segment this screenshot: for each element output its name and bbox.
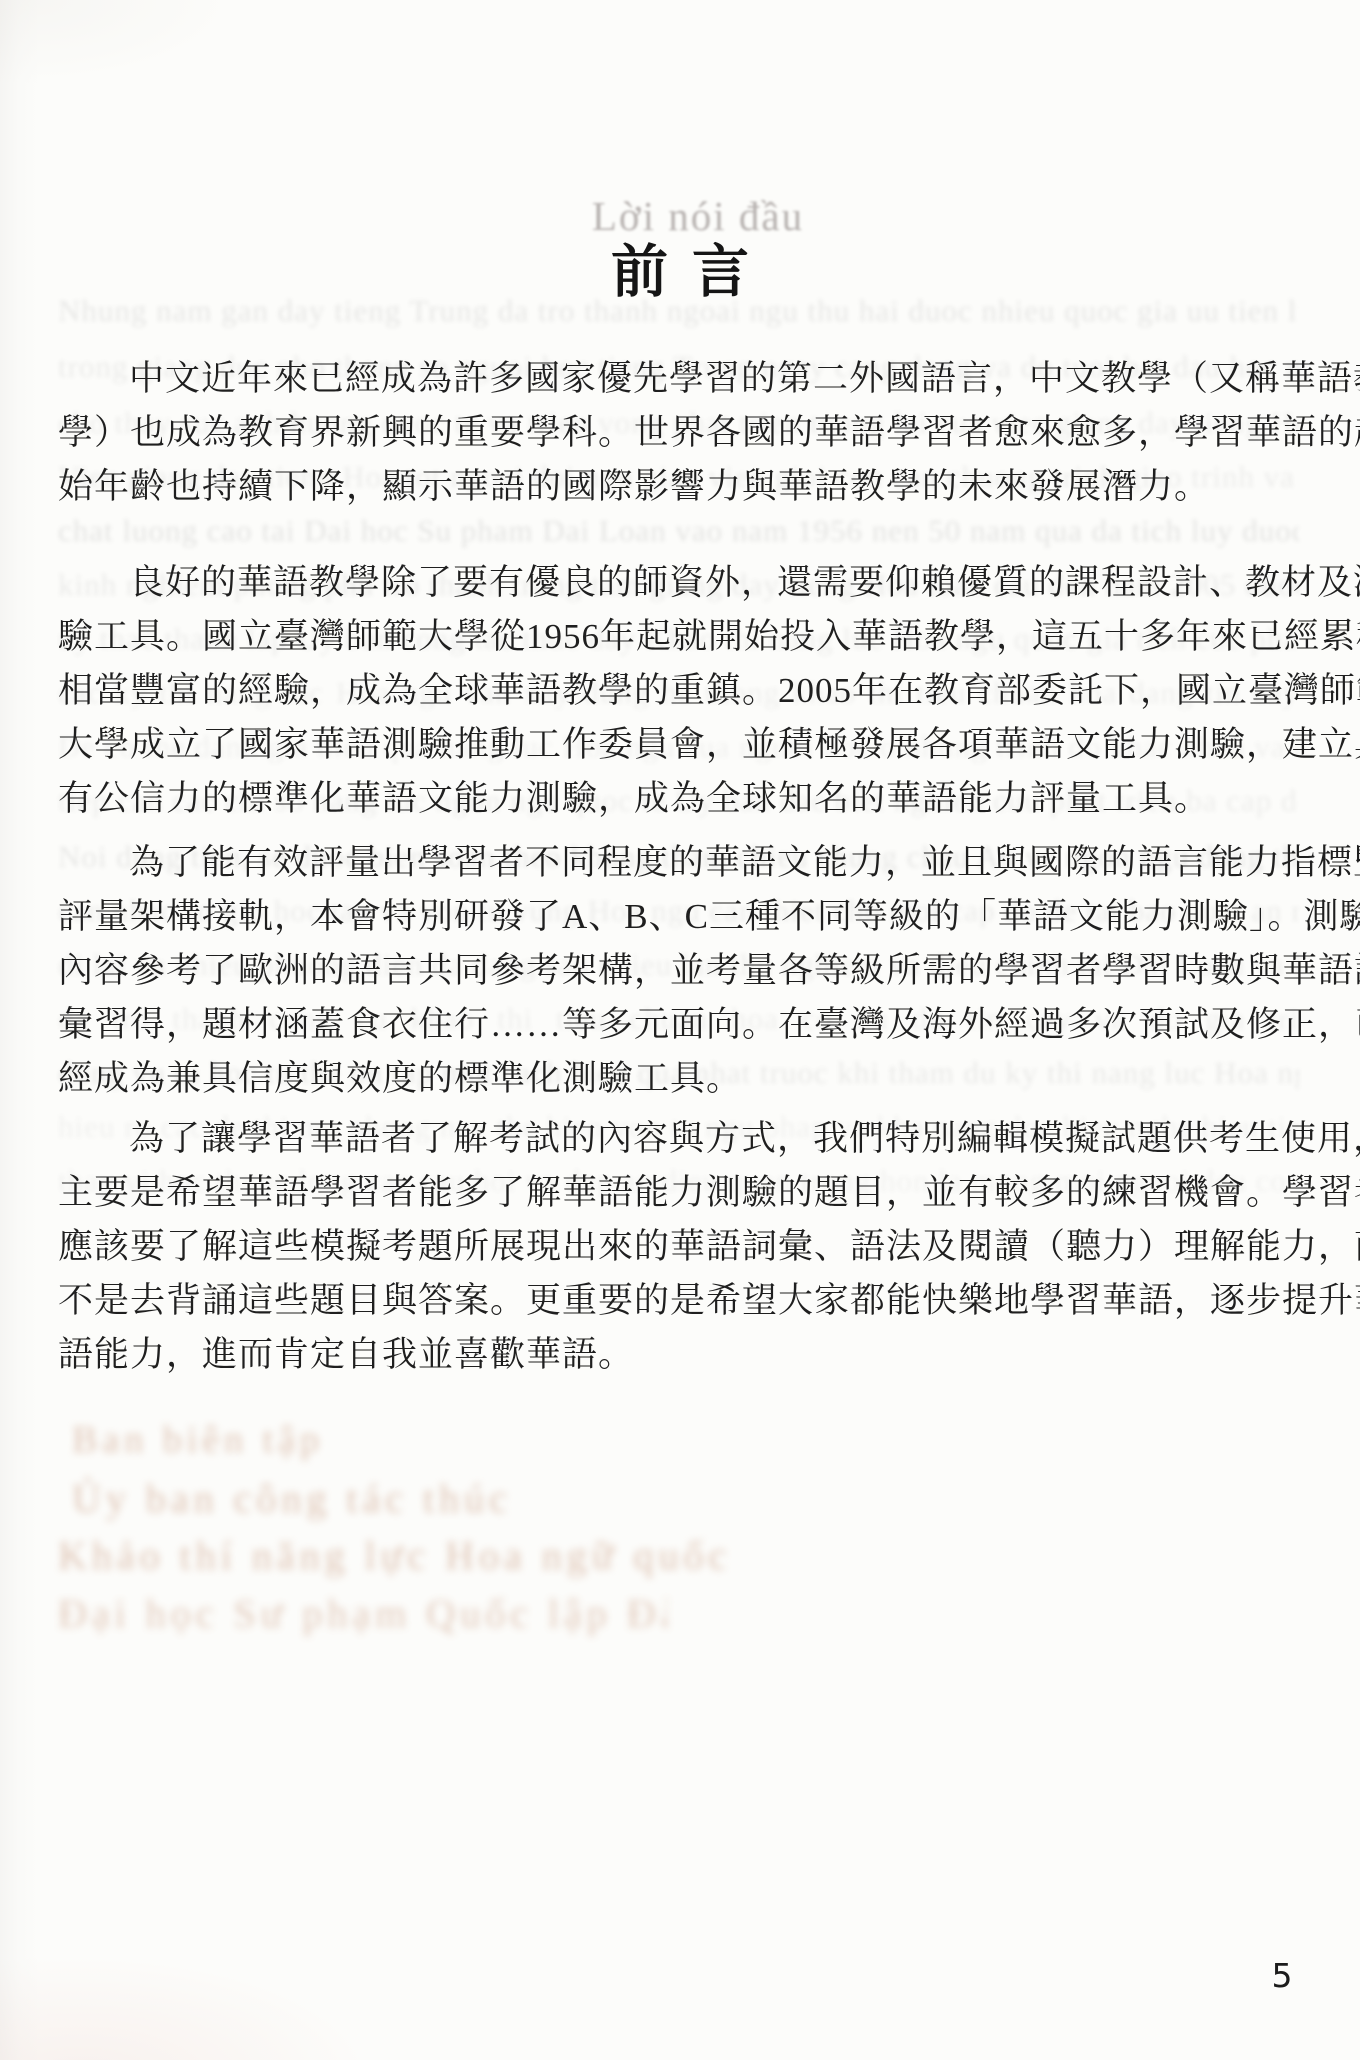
text-line: 良好的華語教學除了要有優良的師資外，還需要仰賴優質的課程設計、教材及測 (58, 556, 1299, 610)
text-line: 彙習得，題材涵蓋食衣住行……等多元面向。在臺灣及海外經過多次預試及修正，已 (58, 998, 1299, 1052)
text-line: 應該要了解這些模擬考題所展現出來的華語詞彙、語法及閱讀（聽力）理解能力，而 (58, 1220, 1299, 1274)
text-line: 有公信力的標準化華語文能力測驗，成為全球知名的華語能力評量工具。 (58, 772, 1299, 826)
preface-paragraph: 良好的華語教學除了要有優良的師資外，還需要仰賴優質的課程設計、教材及測 驗工具。… (58, 556, 1299, 826)
text-line: 語能力，進而肯定自我並喜歡華語。 (58, 1328, 1299, 1382)
text-layer: 前言 中文近年來已經成為許多國家優先學習的第二外國語言，中文教學（又稱華語教 學… (0, 0, 1360, 2060)
text-line: 為了能有效評量出學習者不同程度的華語文能力，並且與國際的語言能力指標暨 (58, 836, 1299, 890)
text-line: 不是去背誦這些題目與答案。更重要的是希望大家都能快樂地學習華語，逐步提升華 (58, 1274, 1299, 1328)
text-line: 經成為兼具信度與效度的標準化測驗工具。 (58, 1052, 1299, 1106)
text-line: 始年齡也持續下降，顯示華語的國際影響力與華語教學的未來發展潛力。 (58, 460, 1299, 514)
text-line: 學）也成為教育界新興的重要學科。世界各國的華語學習者愈來愈多，學習華語的起 (58, 406, 1299, 460)
preface-paragraph: 中文近年來已經成為許多國家優先學習的第二外國語言，中文教學（又稱華語教 學）也成… (58, 352, 1299, 514)
text-line: 主要是希望華語學習者能多了解華語能力測驗的題目，並有較多的練習機會。學習者 (58, 1166, 1299, 1220)
text-line: 驗工具。國立臺灣師範大學從1956年起就開始投入華語教學，這五十多年來已經累積 (58, 610, 1299, 664)
page-number: 5 (1252, 1956, 1312, 1995)
text-line: 中文近年來已經成為許多國家優先學習的第二外國語言，中文教學（又稱華語教 (58, 352, 1299, 406)
text-line: 相當豐富的經驗，成為全球華語教學的重鎮。2005年在教育部委託下，國立臺灣師範 (58, 664, 1299, 718)
preface-paragraph: 為了讓學習華語者了解考試的內容與方式，我們特別編輯模擬試題供考生使用， 主要是希… (58, 1112, 1299, 1382)
text-line: 為了讓學習華語者了解考試的內容與方式，我們特別編輯模擬試題供考生使用， (58, 1112, 1299, 1166)
text-line: 內容參考了歐洲的語言共同參考架構，並考量各等級所需的學習者學習時數與華語詞 (58, 944, 1299, 998)
preface-paragraph: 為了能有效評量出學習者不同程度的華語文能力，並且與國際的語言能力指標暨 評量架構… (58, 836, 1299, 1106)
text-line: 大學成立了國家華語測驗推動工作委員會，並積極發展各項華語文能力測驗，建立具 (58, 718, 1299, 772)
preface-title: 前言 (0, 226, 1360, 308)
scanned-page: Lời nói đầu Nhung nam gan day tieng Trun… (0, 0, 1360, 2060)
text-line: 評量架構接軌，本會特別研發了A、B、C三種不同等級的「華語文能力測驗」。測驗 (58, 890, 1299, 944)
